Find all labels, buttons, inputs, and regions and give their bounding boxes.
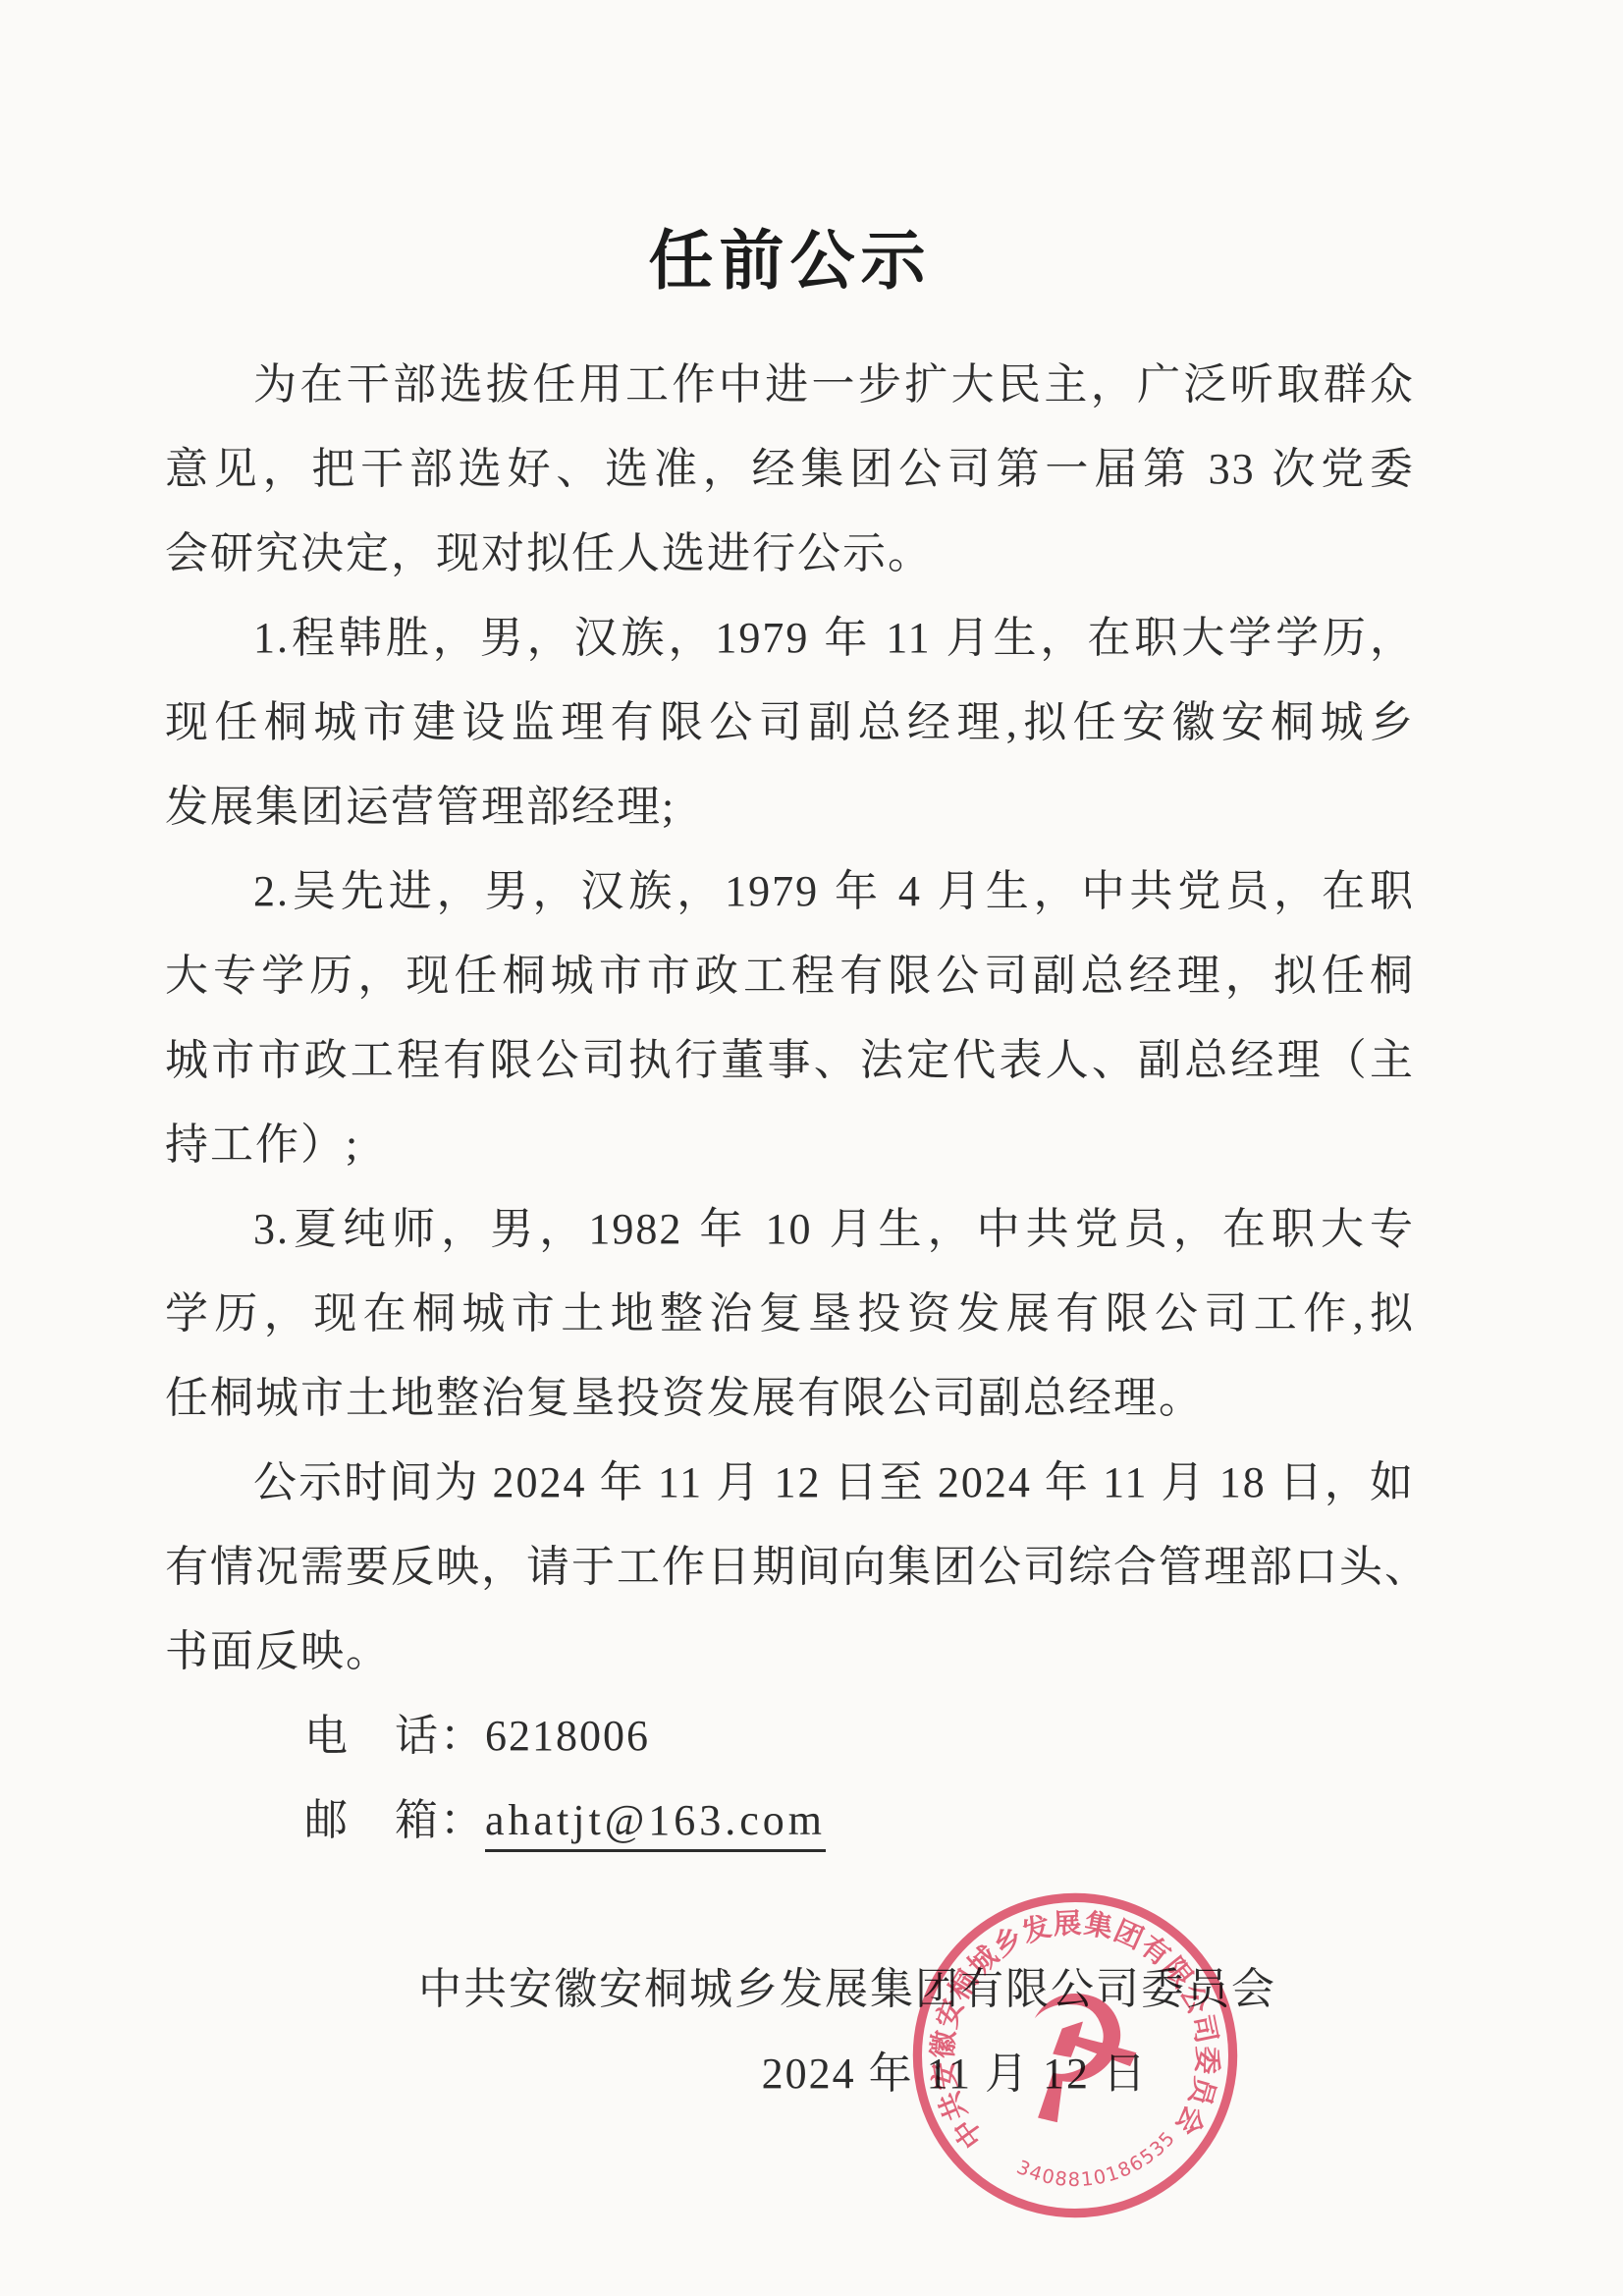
- body-line-4: 1.程韩胜，男，汉族，1979 年 11 月生，在职大学学历，: [165, 596, 1415, 681]
- body-line-2: 意见，把干部选好、选准，经集团公司第一届第 33 次党委: [165, 427, 1415, 512]
- phone-label: 电 话：: [304, 1712, 485, 1760]
- body-line-6: 发展集团运营管理部经理;: [165, 765, 1415, 849]
- body-line-12: 学历，现在桐城市土地整治复垦投资发展有限公司工作,拟: [165, 1272, 1415, 1356]
- body-line-5: 现任桐城市建设监理有限公司副总经理,拟任安徽安桐城乡: [165, 681, 1415, 765]
- scanned-notice-page: 任前公示 为在干部选拔任用工作中进一步扩大民主，广泛听取群众 意见，把干部选好、…: [0, 0, 1623, 2296]
- body-line-13: 任桐城市土地整治复垦投资发展有限公司副总经理。: [165, 1356, 1415, 1441]
- body-line-10: 持工作）;: [165, 1103, 1415, 1187]
- body-line-16: 书面反映。: [165, 1610, 1415, 1694]
- body-line-1: 为在干部选拔任用工作中进一步扩大民主，广泛听取群众: [165, 343, 1415, 427]
- body-line-15: 有情况需要反映，请于工作日期间向集团公司综合管理部口头、: [165, 1525, 1415, 1610]
- email-line: 邮 箱：ahatjt@163.com: [165, 1778, 1415, 1863]
- email-address: ahatjt@163.com: [485, 1796, 826, 1852]
- body-line-11: 3.夏纯师，男，1982 年 10 月生，中共党员，在职大专: [165, 1187, 1415, 1272]
- email-label: 邮 箱：: [304, 1796, 485, 1844]
- official-seal: ☭ 中共安徽安桐城乡发展集团有限公司委员会 3408810186535: [899, 1880, 1251, 2231]
- body-line-7: 2.吴先进，男，汉族，1979 年 4 月生，中共党员，在职: [165, 849, 1415, 934]
- phone-line: 电 话：6218006: [165, 1694, 1415, 1778]
- body-line-8: 大专学历，现任桐城市市政工程有限公司副总经理，拟任桐: [165, 934, 1415, 1018]
- body-line-3: 会研究决定，现对拟任人选进行公示。: [165, 512, 1415, 596]
- notice-title: 任前公示: [165, 208, 1415, 301]
- hammer-sickle-icon: ☭: [975, 1944, 1176, 2169]
- body-line-14: 公示时间为 2024 年 11 月 12 日至 2024 年 11 月 18 日…: [165, 1441, 1415, 1525]
- phone-number: 6218006: [485, 1712, 650, 1760]
- body-line-9: 城市市政工程有限公司执行董事、法定代表人、副总经理（主: [165, 1018, 1415, 1103]
- notice-body: 为在干部选拔任用工作中进一步扩大民主，广泛听取群众 意见，把干部选好、选准，经集…: [165, 343, 1415, 2116]
